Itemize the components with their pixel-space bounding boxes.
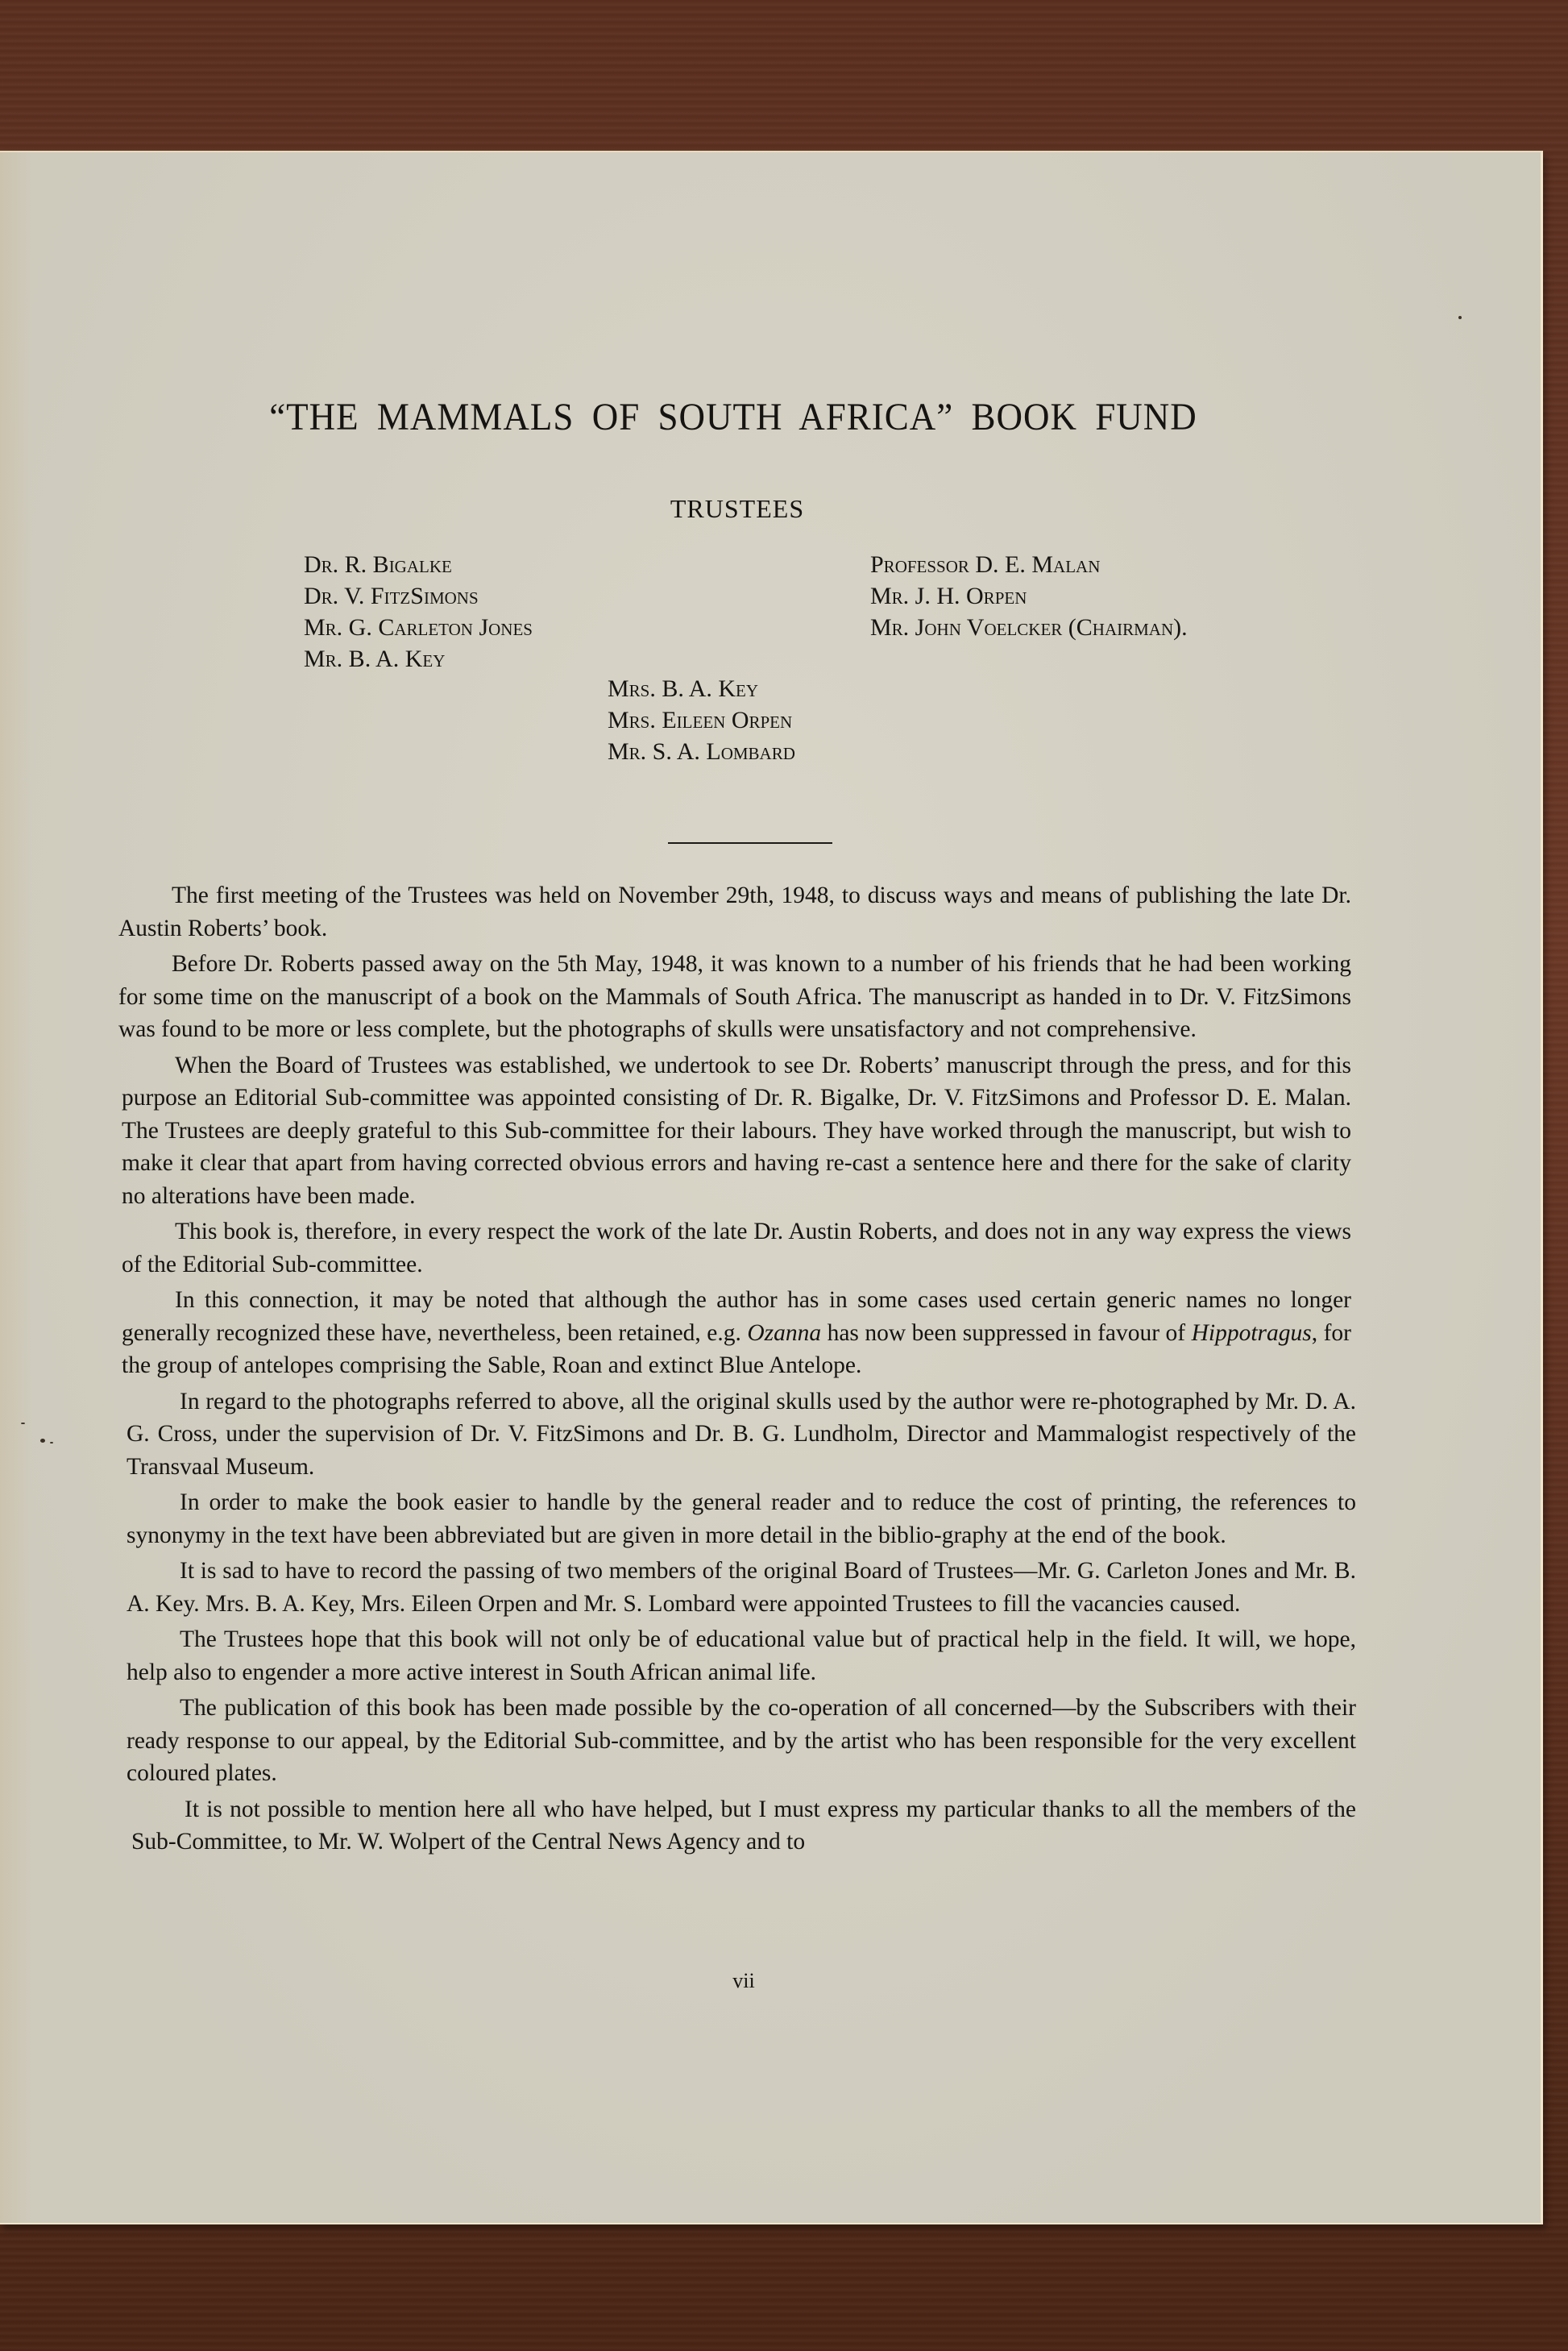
section-divider — [668, 842, 832, 844]
book-page: “THE MAMMALS OF SOUTH AFRICA” BOOK FUND … — [0, 151, 1543, 2224]
paper-speck — [1458, 316, 1462, 319]
paragraph: In this connection, it may be noted that… — [122, 1284, 1351, 1382]
trustees-heading: TRUSTEES — [0, 494, 1475, 524]
paragraph: The publication of this book has been ma… — [127, 1692, 1356, 1790]
page-title: “THE MAMMALS OF SOUTH AFRICA” BOOK FUND — [0, 395, 1466, 439]
paragraph: Before Dr. Roberts passed away on the 5t… — [118, 948, 1351, 1046]
paragraph: In regard to the photographs referred to… — [127, 1385, 1356, 1484]
trustee-name: Professor D. E. Malan — [870, 549, 1188, 580]
paragraph: It is not possible to mention here all w… — [131, 1793, 1356, 1859]
trustees-list-left: Dr. R. Bigalke Dr. V. FitzSimons Mr. G. … — [304, 549, 533, 675]
italic-genus-name: Ozanna — [747, 1320, 821, 1346]
trustee-name: Mrs. B. A. Key — [608, 673, 795, 704]
italic-genus-name: Hippotragus — [1192, 1320, 1312, 1346]
paragraph-text: has now been suppressed in favour of — [821, 1320, 1191, 1346]
paper-speck — [50, 1442, 53, 1443]
trustee-name: Mr. John Voelcker (Chairman). — [870, 612, 1188, 643]
paragraph: In order to make the book easier to hand… — [127, 1486, 1356, 1551]
trustee-name: Mr. G. Carleton Jones — [304, 612, 533, 643]
paragraph: The first meeting of the Trustees was he… — [118, 879, 1351, 945]
paragraph: When the Board of Trustees was establish… — [122, 1049, 1351, 1213]
paragraph: The Trustees hope that this book will no… — [127, 1623, 1356, 1688]
trustee-name: Mr. B. A. Key — [304, 643, 533, 675]
paper-speck — [40, 1439, 45, 1443]
trustee-name: Mr. J. H. Orpen — [870, 580, 1188, 612]
trustee-name: Dr. R. Bigalke — [304, 549, 533, 580]
paragraph: This book is, therefore, in every respec… — [122, 1215, 1351, 1281]
trustees-list-center: Mrs. B. A. Key Mrs. Eileen Orpen Mr. S. … — [608, 673, 795, 767]
page-number: vii — [0, 1969, 1487, 1993]
paper-speck — [21, 1423, 25, 1424]
body-text: The first meeting of the Trustees was he… — [118, 879, 1351, 1862]
trustee-name: Mr. S. A. Lombard — [608, 736, 795, 767]
trustee-name: Dr. V. FitzSimons — [304, 580, 533, 612]
paragraph: It is sad to have to record the passing … — [127, 1555, 1356, 1620]
trustees-list-right: Professor D. E. Malan Mr. J. H. Orpen Mr… — [870, 549, 1188, 643]
trustee-name: Mrs. Eileen Orpen — [608, 704, 795, 736]
